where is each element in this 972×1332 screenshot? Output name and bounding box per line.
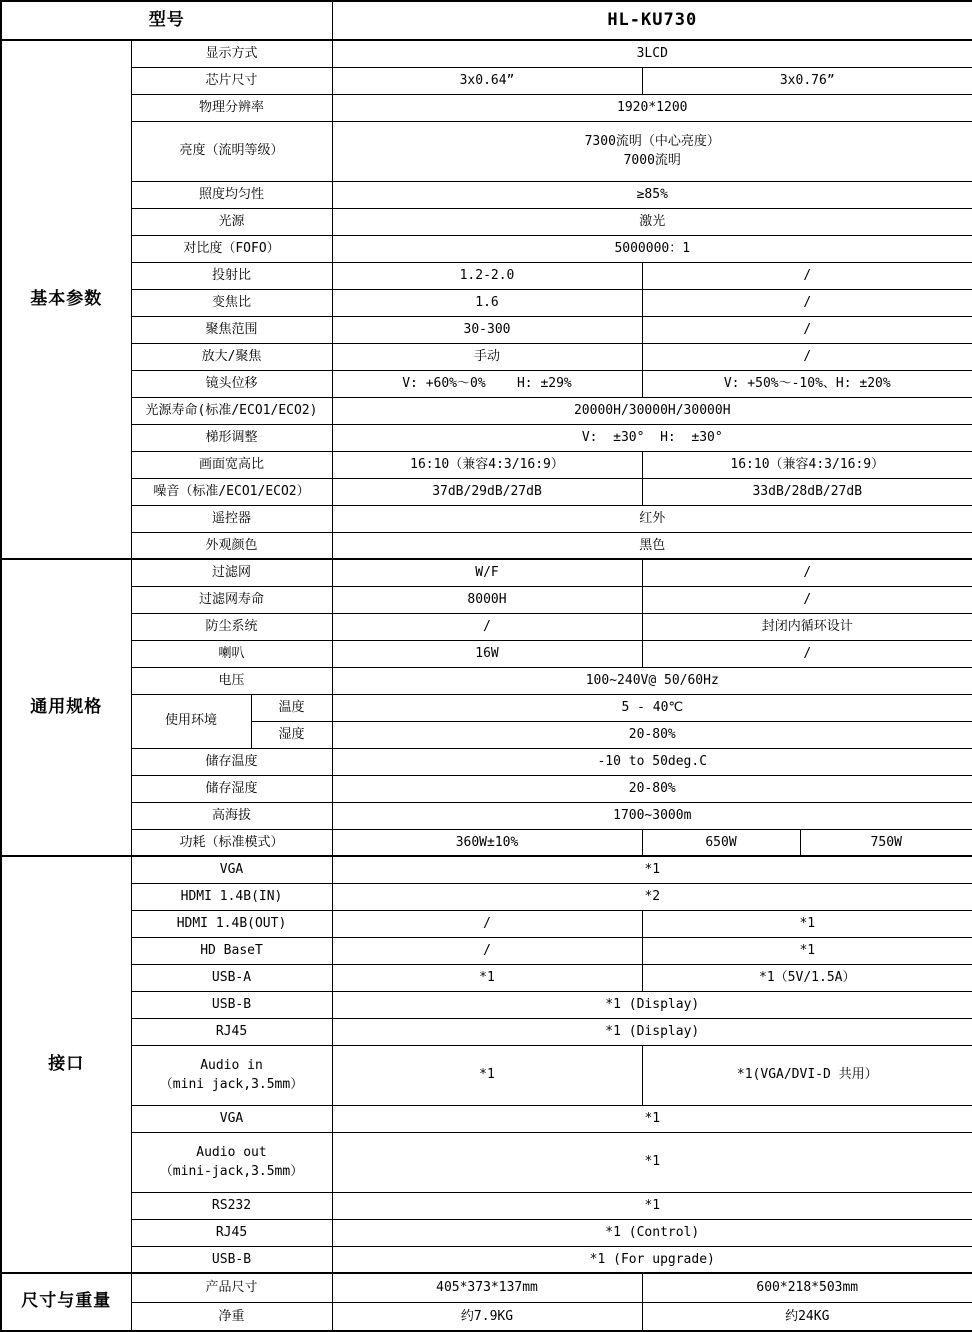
param-label-cell: 电压 bbox=[131, 667, 332, 694]
param-label-cell: HDMI 1.4B(IN) bbox=[131, 883, 332, 910]
value-cell: 405*373*137mm bbox=[332, 1273, 642, 1302]
param-label-cell: USB-B bbox=[131, 991, 332, 1018]
param-label-cell: 放大/聚焦 bbox=[131, 343, 332, 370]
value-cell: W/F bbox=[332, 559, 642, 586]
section-尺寸与重量: 尺寸与重量产品尺寸405*373*137mm600*218*503mm净重约7.… bbox=[1, 1273, 972, 1331]
table-row: HDMI 1.4B(OUT)/*1 bbox=[1, 910, 972, 937]
value-cell: 激光 bbox=[332, 208, 972, 235]
table-row: 功耗（标准模式）360W±10%650W750W bbox=[1, 829, 972, 856]
param-label-cell: 噪音（标准/ECO1/ECO2） bbox=[131, 478, 332, 505]
value-cell: / bbox=[332, 937, 642, 964]
value-cell: 封闭内循环设计 bbox=[642, 613, 972, 640]
table-row: 基本参数显示方式3LCD bbox=[1, 40, 972, 67]
table-row: RJ45*1 (Display) bbox=[1, 1018, 972, 1045]
table-row: 芯片尺寸3x0.64”3x0.76” bbox=[1, 67, 972, 94]
value-cell: 手动 bbox=[332, 343, 642, 370]
value-cell: *1 bbox=[332, 1192, 972, 1219]
value-cell: 33dB/28dB/27dB bbox=[642, 478, 972, 505]
param-label-cell: HDMI 1.4B(OUT) bbox=[131, 910, 332, 937]
param-label-cell: 储存湿度 bbox=[131, 775, 332, 802]
param-label-cell: RJ45 bbox=[131, 1219, 332, 1246]
table-row: 对比度（FOFO）5000000：1 bbox=[1, 235, 972, 262]
param-label-cell: 画面宽高比 bbox=[131, 451, 332, 478]
param-label-cell: 物理分辨率 bbox=[131, 94, 332, 121]
value-cell: 16:10（兼容4:3/16:9） bbox=[642, 451, 972, 478]
table-row: 物理分辨率1920*1200 bbox=[1, 94, 972, 121]
value-cell: V: ±30° H: ±30° bbox=[332, 424, 972, 451]
section-基本参数: 基本参数显示方式3LCD芯片尺寸3x0.64”3x0.76”物理分辨率1920*… bbox=[1, 40, 972, 559]
value-cell: / bbox=[332, 910, 642, 937]
value-cell: / bbox=[642, 640, 972, 667]
table-row: USB-B*1 (Display) bbox=[1, 991, 972, 1018]
param-label-cell: 梯形调整 bbox=[131, 424, 332, 451]
table-row: RJ45*1 (Control) bbox=[1, 1219, 972, 1246]
table-row: 电压100~240V@ 50/60Hz bbox=[1, 667, 972, 694]
value-cell: V: +60%～0% H: ±29% bbox=[332, 370, 642, 397]
group-label-cell: 使用环境 bbox=[131, 694, 251, 748]
table-row: 接口VGA*1 bbox=[1, 856, 972, 883]
table-row: 光源寿命(标准/ECO1/ECO2)20000H/30000H/30000H bbox=[1, 397, 972, 424]
value-cell: / bbox=[642, 586, 972, 613]
table-row: 放大/聚焦手动/ bbox=[1, 343, 972, 370]
param-label-cell: 功耗（标准模式） bbox=[131, 829, 332, 856]
value-cell: 750W bbox=[800, 829, 972, 856]
value-cell: *1（5V/1.5A） bbox=[642, 964, 972, 991]
table-row: 净重约7.9KG约24KG bbox=[1, 1302, 972, 1331]
param-label-cell: RS232 bbox=[131, 1192, 332, 1219]
table-row: 亮度（流明等级）7300流明（中心亮度） 7000流明 bbox=[1, 121, 972, 181]
value-cell: *1 bbox=[332, 856, 972, 883]
value-cell: 5000000：1 bbox=[332, 235, 972, 262]
param-label-cell: USB-A bbox=[131, 964, 332, 991]
value-cell: *1 (Display) bbox=[332, 991, 972, 1018]
table-row: 喇叭16W/ bbox=[1, 640, 972, 667]
value-cell: 1.6 bbox=[332, 289, 642, 316]
value-cell: 1920*1200 bbox=[332, 94, 972, 121]
category-cell: 接口 bbox=[1, 856, 131, 1273]
table-row: Audio out （mini-jack,3.5mm）*1 bbox=[1, 1132, 972, 1192]
value-cell: *1(VGA/DVI-D 共用） bbox=[642, 1045, 972, 1105]
table-row: 光源激光 bbox=[1, 208, 972, 235]
value-cell: 16:10（兼容4:3/16:9） bbox=[332, 451, 642, 478]
param-label-cell: Audio out （mini-jack,3.5mm） bbox=[131, 1132, 332, 1192]
value-cell: 红外 bbox=[332, 505, 972, 532]
param-label-cell: VGA bbox=[131, 1105, 332, 1132]
table-row: Audio in （mini jack,3.5mm）*1*1(VGA/DVI-D… bbox=[1, 1045, 972, 1105]
value-cell: 8000H bbox=[332, 586, 642, 613]
table-row: USB-A*1*1（5V/1.5A） bbox=[1, 964, 972, 991]
table-row: 储存温度-10 to 50deg.C bbox=[1, 748, 972, 775]
sub-label-cell: 温度 bbox=[251, 694, 332, 721]
table-row: 过滤网寿命8000H/ bbox=[1, 586, 972, 613]
sub-label-cell: 湿度 bbox=[251, 721, 332, 748]
value-cell: 约7.9KG bbox=[332, 1302, 642, 1331]
table-row: 通用规格过滤网W/F/ bbox=[1, 559, 972, 586]
table-row: RS232*1 bbox=[1, 1192, 972, 1219]
table-row: 聚焦范围30-300/ bbox=[1, 316, 972, 343]
param-label-cell: 照度均匀性 bbox=[131, 181, 332, 208]
param-label-cell: 高海拔 bbox=[131, 802, 332, 829]
table-row: 防尘系统/封闭内循环设计 bbox=[1, 613, 972, 640]
value-cell: 360W±10% bbox=[332, 829, 642, 856]
param-label-cell: 喇叭 bbox=[131, 640, 332, 667]
value-cell: 37dB/29dB/27dB bbox=[332, 478, 642, 505]
param-label-cell: 外观颜色 bbox=[131, 532, 332, 559]
value-cell: *1 bbox=[642, 910, 972, 937]
table-header-row: 型号 HL-KU730 bbox=[1, 1, 972, 40]
param-label-cell: VGA bbox=[131, 856, 332, 883]
table-row: 画面宽高比16:10（兼容4:3/16:9）16:10（兼容4:3/16:9） bbox=[1, 451, 972, 478]
value-cell: 600*218*503mm bbox=[642, 1273, 972, 1302]
value-cell: / bbox=[332, 613, 642, 640]
table-row: 梯形调整V: ±30° H: ±30° bbox=[1, 424, 972, 451]
table-row: 高海拔1700~3000m bbox=[1, 802, 972, 829]
param-label-cell: 芯片尺寸 bbox=[131, 67, 332, 94]
value-cell: 黑色 bbox=[332, 532, 972, 559]
value-cell: 5 - 40℃ bbox=[332, 694, 972, 721]
value-cell: 20-80% bbox=[332, 775, 972, 802]
param-label-cell: 储存温度 bbox=[131, 748, 332, 775]
param-label-cell: 过滤网寿命 bbox=[131, 586, 332, 613]
value-cell: *1 bbox=[332, 1045, 642, 1105]
value-cell: *1 bbox=[332, 964, 642, 991]
value-cell: / bbox=[642, 262, 972, 289]
param-label-cell: 亮度（流明等级） bbox=[131, 121, 332, 181]
table-row: 照度均匀性≥85% bbox=[1, 181, 972, 208]
value-cell: 100~240V@ 50/60Hz bbox=[332, 667, 972, 694]
value-cell: 20-80% bbox=[332, 721, 972, 748]
value-cell: 约24KG bbox=[642, 1302, 972, 1331]
value-cell: 20000H/30000H/30000H bbox=[332, 397, 972, 424]
value-cell: 1700~3000m bbox=[332, 802, 972, 829]
value-cell: *1 (For upgrade) bbox=[332, 1246, 972, 1273]
param-label-cell: 产品尺寸 bbox=[131, 1273, 332, 1302]
param-label-cell: 遥控器 bbox=[131, 505, 332, 532]
spec-table: 型号 HL-KU730 基本参数显示方式3LCD芯片尺寸3x0.64”3x0.7… bbox=[0, 0, 972, 1332]
value-cell: / bbox=[642, 559, 972, 586]
param-label-cell: 镜头位移 bbox=[131, 370, 332, 397]
param-label-cell: 过滤网 bbox=[131, 559, 332, 586]
value-cell: *2 bbox=[332, 883, 972, 910]
param-label-cell: 对比度（FOFO） bbox=[131, 235, 332, 262]
param-label-cell: 变焦比 bbox=[131, 289, 332, 316]
value-cell: 3LCD bbox=[332, 40, 972, 67]
value-cell: *1 bbox=[332, 1105, 972, 1132]
category-cell: 基本参数 bbox=[1, 40, 131, 559]
table-row: 使用环境温度5 - 40℃ bbox=[1, 694, 972, 721]
value-cell: *1 (Control) bbox=[332, 1219, 972, 1246]
param-label-cell: HD BaseT bbox=[131, 937, 332, 964]
model-label-cell: 型号 bbox=[1, 1, 332, 40]
param-label-cell: RJ45 bbox=[131, 1018, 332, 1045]
param-label-cell: 防尘系统 bbox=[131, 613, 332, 640]
value-cell: ≥85% bbox=[332, 181, 972, 208]
table-row: 外观颜色黑色 bbox=[1, 532, 972, 559]
value-cell: *1 (Display) bbox=[332, 1018, 972, 1045]
table-row: 遥控器红外 bbox=[1, 505, 972, 532]
category-cell: 通用规格 bbox=[1, 559, 131, 856]
table-row: 噪音（标准/ECO1/ECO2）37dB/29dB/27dB33dB/28dB/… bbox=[1, 478, 972, 505]
section-接口: 接口VGA*1HDMI 1.4B(IN)*2HDMI 1.4B(OUT)/*1H… bbox=[1, 856, 972, 1273]
param-label-cell: Audio in （mini jack,3.5mm） bbox=[131, 1045, 332, 1105]
param-label-cell: 聚焦范围 bbox=[131, 316, 332, 343]
value-cell: -10 to 50deg.C bbox=[332, 748, 972, 775]
value-cell: 1.2-2.0 bbox=[332, 262, 642, 289]
value-cell: 16W bbox=[332, 640, 642, 667]
value-cell: 30-300 bbox=[332, 316, 642, 343]
table-row: 变焦比1.6/ bbox=[1, 289, 972, 316]
value-cell: 650W bbox=[642, 829, 800, 856]
table-row: HDMI 1.4B(IN)*2 bbox=[1, 883, 972, 910]
value-cell: *1 bbox=[332, 1132, 972, 1192]
value-cell: / bbox=[642, 343, 972, 370]
category-cell: 尺寸与重量 bbox=[1, 1273, 131, 1331]
value-cell: / bbox=[642, 289, 972, 316]
table-row: 投射比1.2-2.0/ bbox=[1, 262, 972, 289]
value-cell: 3x0.76” bbox=[642, 67, 972, 94]
param-label-cell: 净重 bbox=[131, 1302, 332, 1331]
value-cell: 3x0.64” bbox=[332, 67, 642, 94]
param-label-cell: 显示方式 bbox=[131, 40, 332, 67]
table-row: 镜头位移V: +60%～0% H: ±29%V: +50%～-10%、H: ±2… bbox=[1, 370, 972, 397]
value-cell: / bbox=[642, 316, 972, 343]
model-value-cell: HL-KU730 bbox=[332, 1, 972, 40]
param-label-cell: USB-B bbox=[131, 1246, 332, 1273]
table-row: VGA*1 bbox=[1, 1105, 972, 1132]
param-label-cell: 投射比 bbox=[131, 262, 332, 289]
value-cell: *1 bbox=[642, 937, 972, 964]
table-row: 尺寸与重量产品尺寸405*373*137mm600*218*503mm bbox=[1, 1273, 972, 1302]
param-label-cell: 光源 bbox=[131, 208, 332, 235]
section-通用规格: 通用规格过滤网W/F/过滤网寿命8000H/防尘系统/封闭内循环设计喇叭16W/… bbox=[1, 559, 972, 856]
table-row: HD BaseT/*1 bbox=[1, 937, 972, 964]
value-cell: 7300流明（中心亮度） 7000流明 bbox=[332, 121, 972, 181]
value-cell: V: +50%～-10%、H: ±20% bbox=[642, 370, 972, 397]
param-label-cell: 光源寿命(标准/ECO1/ECO2) bbox=[131, 397, 332, 424]
table-row: 储存湿度20-80% bbox=[1, 775, 972, 802]
table-row: USB-B*1 (For upgrade) bbox=[1, 1246, 972, 1273]
